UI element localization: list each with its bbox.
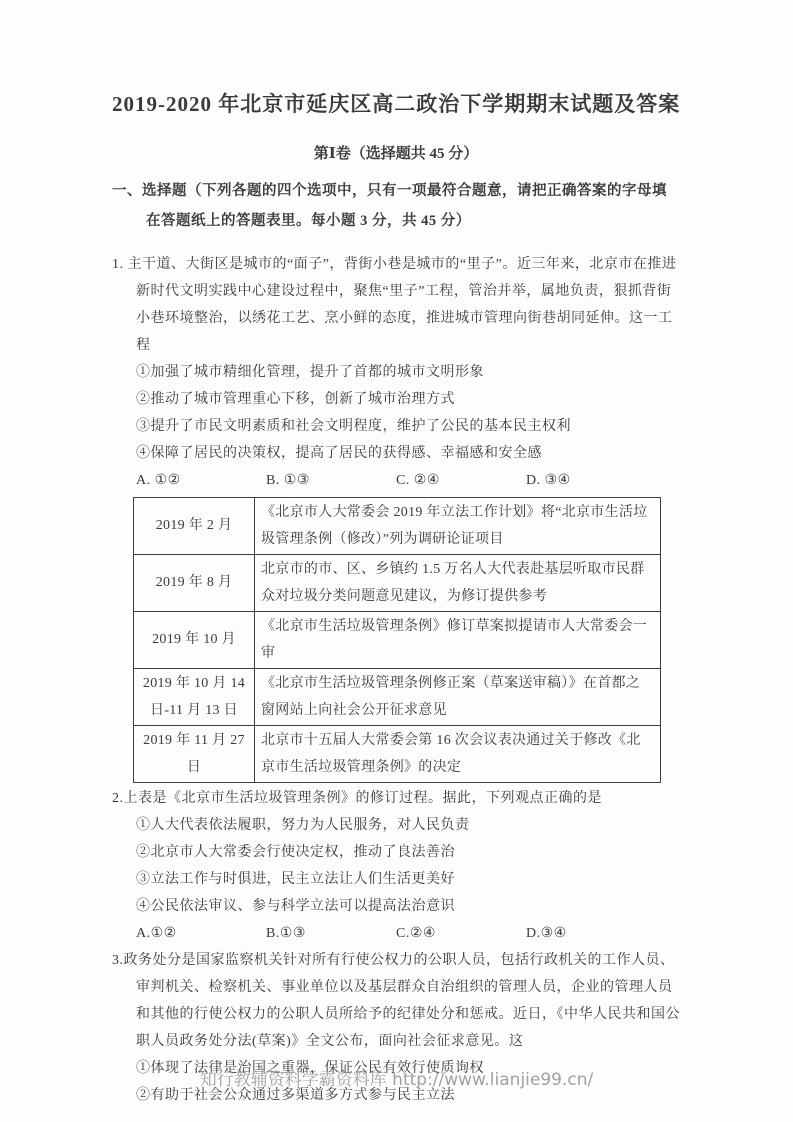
event-cell: 北京市的市、区、乡镇约 1.5 万名人大代表赴基层听取市民群众对垃圾分类问题意见… [255, 554, 661, 611]
question-1-stem: 1. 主干道、大街区是城市的“面子”，背街小巷是城市的“里子”。近三年来，北京市… [136, 251, 680, 359]
exam-document-page: 2019-2020 年北京市延庆区高二政治下学期期末试题及答案 第Ⅰ卷（选择题共… [0, 0, 793, 1122]
question-2-item-1: ①人大代表依法履职，努力为人民服务，对人民负责 [136, 812, 680, 839]
table-row: 2019 年 2 月 《北京市人大常委会 2019 年立法工作计划》将“北京市生… [134, 497, 661, 554]
date-cell: 2019 年 2 月 [134, 497, 255, 554]
option-b: B. ①③ [266, 467, 396, 494]
table-row: 2019 年 11 月 27 日 北京市十五届人大常委会第 16 次会议表决通过… [134, 725, 661, 782]
option-a: A.①② [136, 920, 266, 947]
question-2-item-4: ④公民依法审议、参与科学立法可以提高法治意识 [136, 893, 680, 920]
option-b: B.①③ [266, 920, 396, 947]
date-cell: 2019 年 10 月 [134, 611, 255, 668]
option-d: D.③④ [526, 920, 567, 947]
option-a: A. ①② [136, 467, 266, 494]
question-2-item-2: ②北京市人大常委会行使决定权，推动了良法善治 [136, 839, 680, 866]
question-1-item-4: ④保障了居民的决策权，提高了居民的获得感、幸福感和安全感 [136, 440, 680, 467]
page-footer: 知行教辅资料学霸资料库 http://www.lianjie99.cn/ [0, 1068, 793, 1092]
question-1-item-1: ①加强了城市精细化管理，提升了首都的城市文明形象 [136, 359, 680, 386]
question-2-item-3: ③立法工作与时俱进，民主立法让人们生活更美好 [136, 866, 680, 893]
question-1-options: A. ①②B. ①③C. ②④D. ③④ [136, 467, 680, 494]
volume-subtitle: 第Ⅰ卷（选择题共 45 分） [112, 141, 680, 168]
question-number: 3. [112, 953, 124, 968]
table-row: 2019 年 10 月 《北京市生活垃圾管理条例》修订草案拟提请市人大常委会一审 [134, 611, 661, 668]
question-stem-text: 主干道、大街区是城市的“面子”，背街小巷是城市的“里子”。近三年来，北京市在推进… [128, 257, 677, 353]
question-1-item-3: ③提升了市民文明素质和社会文明程度，维护了公民的基本民主权利 [136, 413, 680, 440]
question-2-stem: 2.上表是《北京市生活垃圾管理条例》的修订过程。据此，下列观点正确的是 [136, 785, 680, 812]
section-heading: 一、选择题（下列各题的四个选项中，只有一项最符合题意，请把正确答案的字母填在答题… [112, 176, 680, 236]
question-2-options: A.①②B.①③C.②④D.③④ [136, 920, 680, 947]
footer-watermark-text: 知行教辅资料学霸资料库 http://www.lianjie99.cn/ [200, 1070, 593, 1090]
option-c: C. ②④ [396, 467, 526, 494]
option-c: C.②④ [396, 920, 526, 947]
page-title: 2019-2020 年北京市延庆区高二政治下学期期末试题及答案 [112, 88, 680, 120]
question-stem-text: 政务处分是国家监察机关针对所有行使公权力的公职人员，包括行政机关的工作人员、审判… [124, 953, 681, 1049]
revision-table: 2019 年 2 月 《北京市人大常委会 2019 年立法工作计划》将“北京市生… [133, 497, 661, 783]
event-cell: 北京市十五届人大常委会第 16 次会议表决通过关于修改《北京市生活垃圾管理条例》… [255, 725, 661, 782]
table-row: 2019 年 10 月 14 日-11 月 13 日 《北京市生活垃圾管理条例修… [134, 668, 661, 725]
event-cell: 《北京市生活垃圾管理条例修正案（草案送审稿）》在首都之窗网站上向社会公开征求意见 [255, 668, 661, 725]
date-cell: 2019 年 10 月 14 日-11 月 13 日 [134, 668, 255, 725]
question-number: 1. [112, 257, 124, 272]
date-cell: 2019 年 8 月 [134, 554, 255, 611]
date-cell: 2019 年 11 月 27 日 [134, 725, 255, 782]
question-2: 2.上表是《北京市生活垃圾管理条例》的修订过程。据此，下列观点正确的是 ①人大代… [112, 785, 680, 947]
event-cell: 《北京市生活垃圾管理条例》修订草案拟提请市人大常委会一审 [255, 611, 661, 668]
question-1-item-2: ②推动了城市管理重心下移，创新了城市治理方式 [136, 386, 680, 413]
question-stem-text: 上表是《北京市生活垃圾管理条例》的修订过程。据此，下列观点正确的是 [124, 791, 603, 806]
event-cell: 《北京市人大常委会 2019 年立法工作计划》将“北京市生活垃圾管理条例（修改）… [255, 497, 661, 554]
question-number: 2. [112, 791, 124, 806]
question-3-stem: 3.政务处分是国家监察机关针对所有行使公权力的公职人员，包括行政机关的工作人员、… [136, 947, 680, 1055]
question-1: 1. 主干道、大街区是城市的“面子”，背街小巷是城市的“里子”。近三年来，北京市… [112, 251, 680, 494]
option-d: D. ③④ [526, 467, 571, 494]
document-content: 2019-2020 年北京市延庆区高二政治下学期期末试题及答案 第Ⅰ卷（选择题共… [0, 0, 793, 1109]
table-row: 2019 年 8 月 北京市的市、区、乡镇约 1.5 万名人大代表赴基层听取市民… [134, 554, 661, 611]
